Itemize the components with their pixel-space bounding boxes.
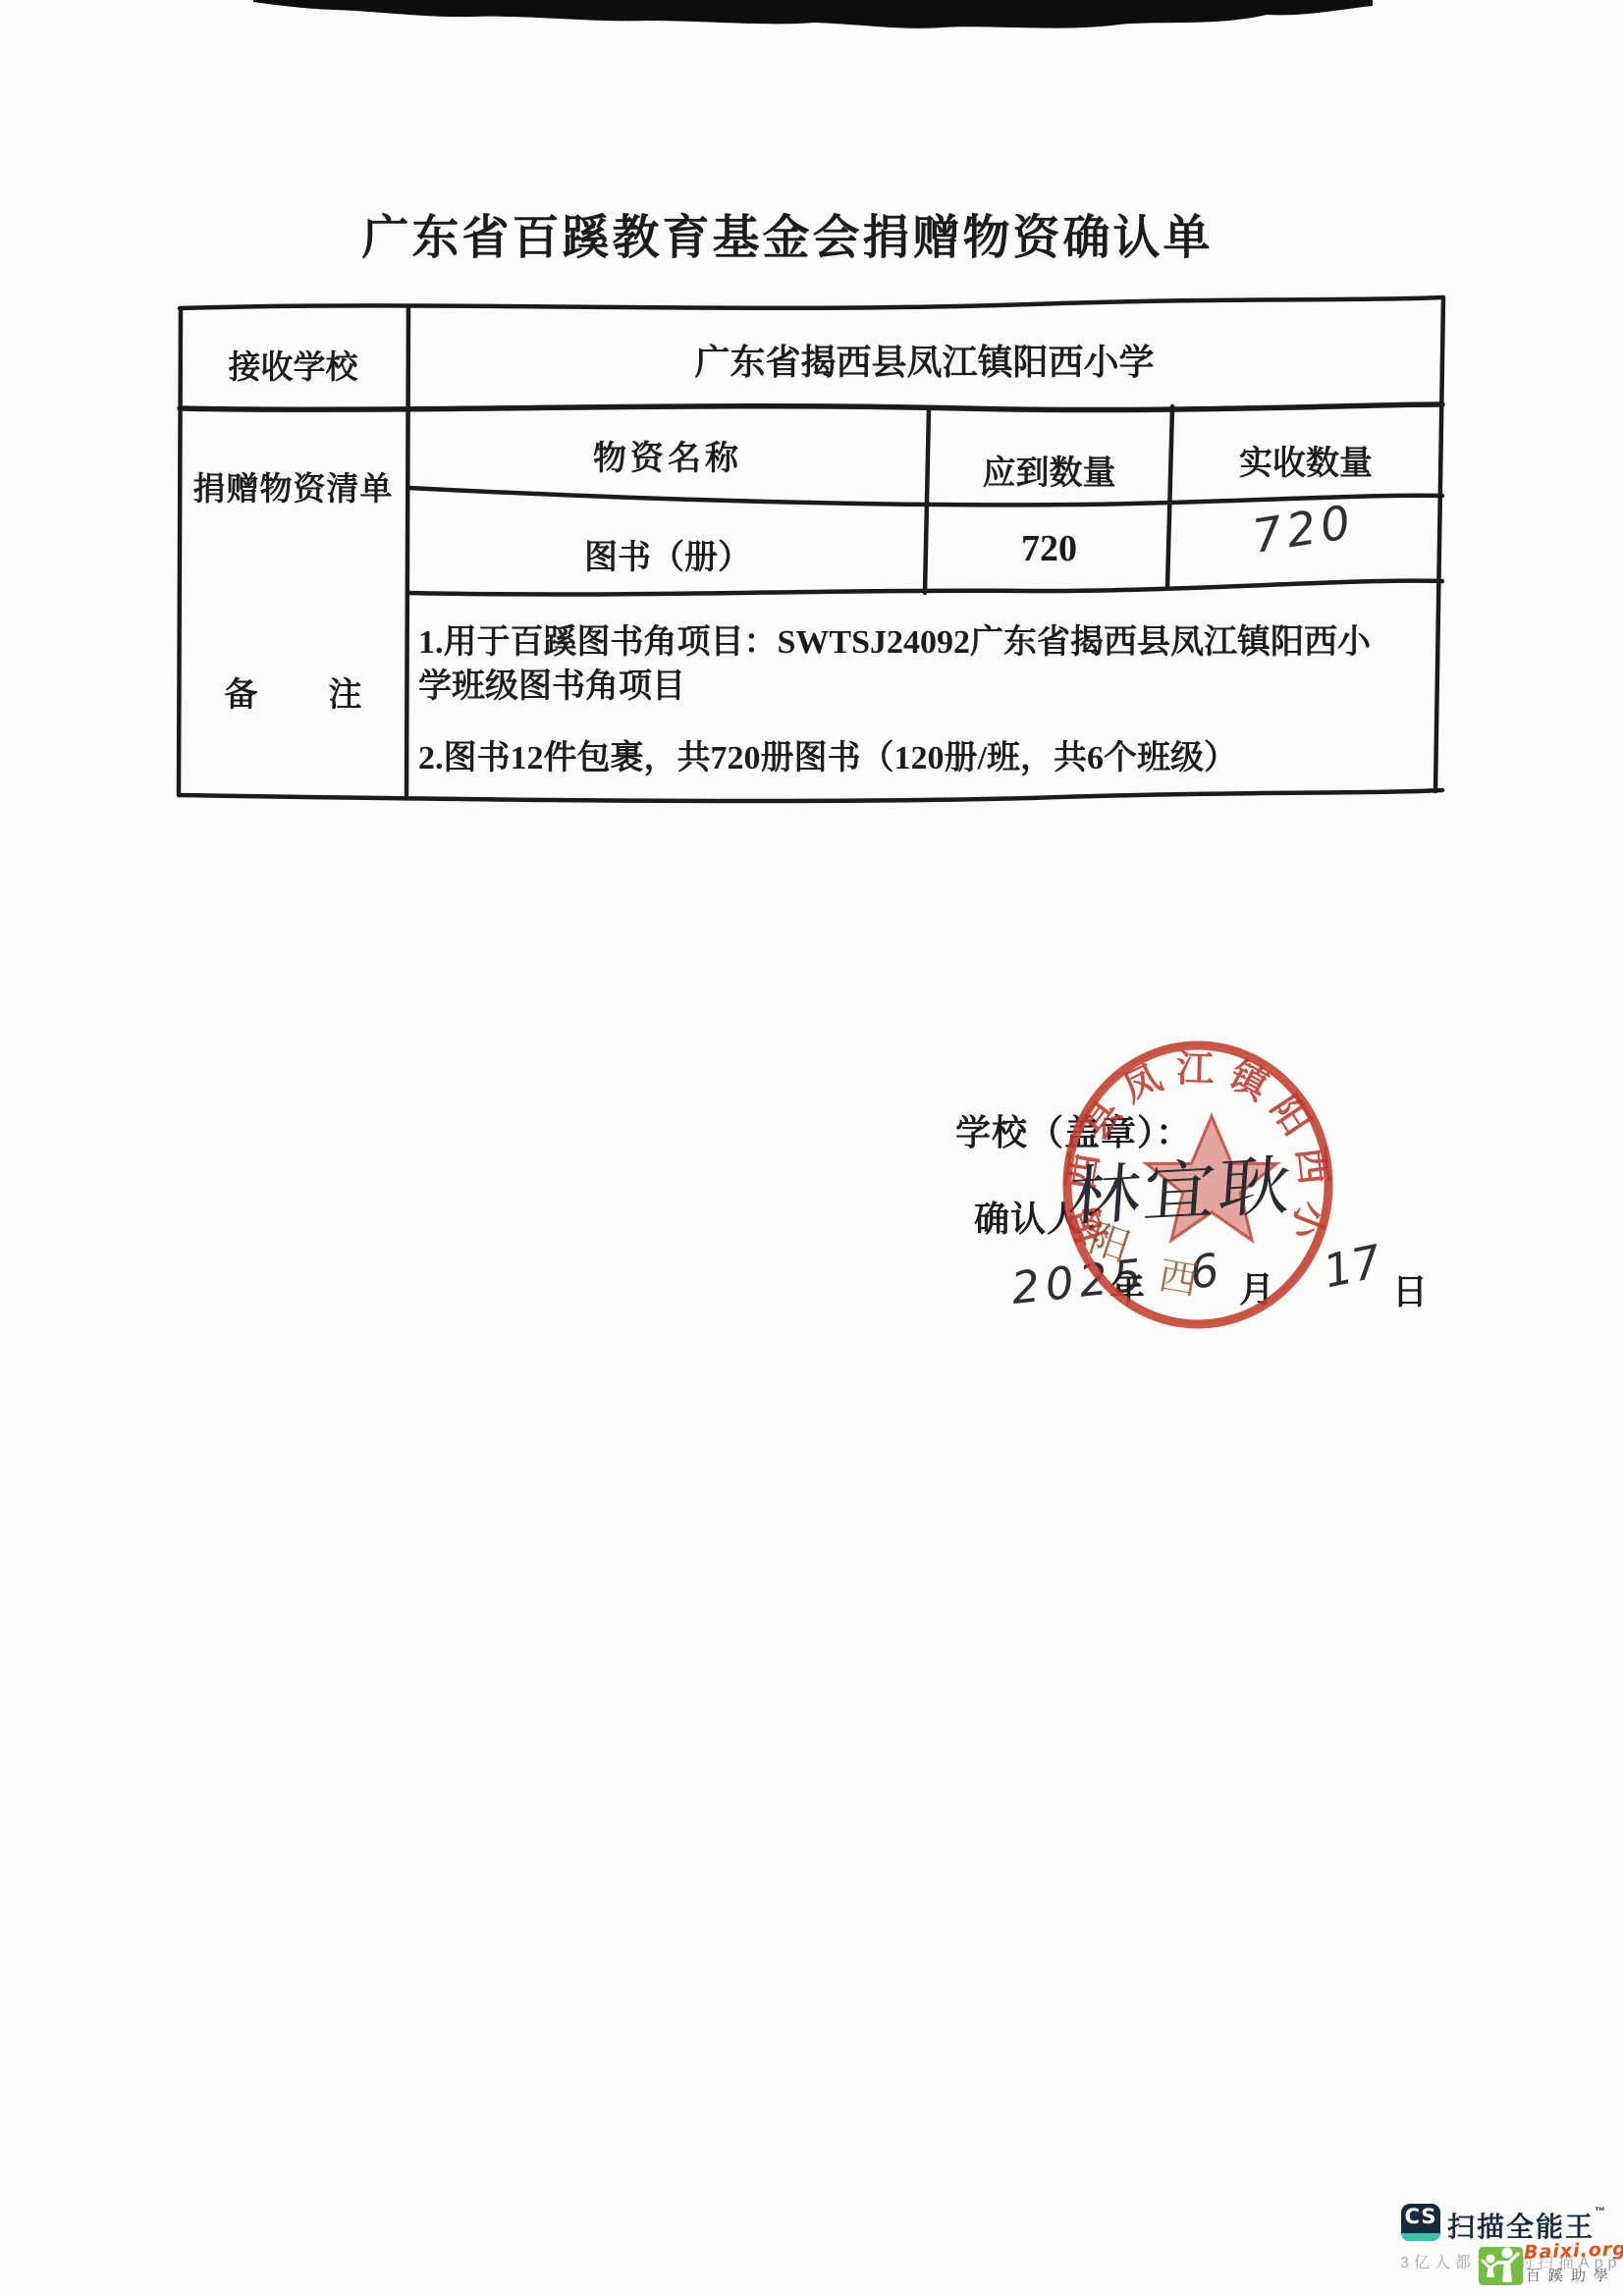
cell-expected-qty: 720 — [928, 527, 1170, 570]
date-day-unit: 日 — [1392, 1264, 1428, 1314]
column-header-received-qty: 实收数量 — [1170, 436, 1441, 484]
column-header-item-name: 物资名称 — [407, 431, 928, 479]
remarks-line-1: 1.用于百蹊图书角项目：SWTSJ24092广东省揭西县凤江镇阳西小 — [418, 614, 1439, 663]
cell-receiving-school-value: 广东省揭西县凤江镇阳西小学 — [407, 335, 1441, 385]
cell-receiving-school-label: 接收学校 — [179, 342, 407, 388]
baixi-site-text: Baixi.org — [1524, 2238, 1623, 2264]
cell-donation-list-label: 捐赠物资清单 — [179, 463, 407, 509]
column-header-expected-qty: 应到数量 — [928, 446, 1170, 494]
baixi-name-text: 百蹊助學 — [1526, 2265, 1616, 2285]
scanned-donation-confirmation-form: 广东省百蹊教育基金会捐赠物资确认单 接收学校 广东省揭西县凤江镇阳西小学 捐赠物… — [0, 0, 1623, 2296]
cell-remarks-label: 备 注 — [179, 667, 407, 716]
remarks-label-char-2: 注 — [329, 667, 362, 716]
camscanner-logo-icon: CS — [1401, 2204, 1440, 2241]
remarks-line-3: 2.图书12件包裹，共720册图书（120册/班，共6个班级） — [418, 730, 1439, 778]
confirmer-signature-handwritten: 林宜耿 — [1065, 1133, 1296, 1238]
remarks-label-char-1: 备 — [225, 667, 258, 716]
scan-artifact-top-band — [0, 0, 1623, 39]
document-title: 广东省百蹊教育基金会捐赠物资确认单 — [179, 199, 1396, 267]
trademark-symbol: ™ — [1595, 2206, 1607, 2217]
camscanner-icon-teal-bar — [1401, 2233, 1440, 2241]
baixi-logo-icon — [1479, 2245, 1524, 2285]
remarks-line-2: 学班级图书角项目 — [418, 659, 1439, 707]
stamp-ghost-char-2: 西 — [1155, 1254, 1201, 1304]
cell-item-name: 图书（册） — [407, 530, 928, 578]
camscanner-cs-letters: CS — [1401, 2205, 1440, 2228]
